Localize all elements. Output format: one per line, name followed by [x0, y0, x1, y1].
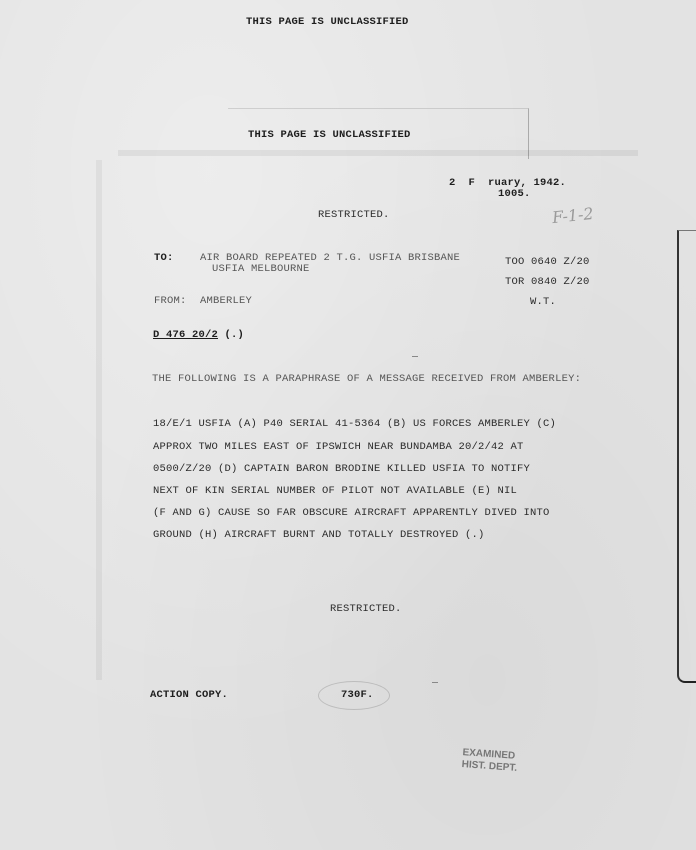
- paper-edge: [96, 160, 102, 680]
- restricted-footer: RESTRICTED.: [330, 604, 402, 615]
- message-body-line: (F AND G) CAUSE SO FAR OBSCURE AIRCRAFT …: [153, 508, 550, 519]
- stray-mark: [432, 682, 438, 683]
- copy-number: 730F.: [341, 690, 374, 701]
- from-label: FROM:: [154, 296, 187, 307]
- to-recipients-line2: USFIA MELBOURNE: [212, 264, 310, 275]
- classification-banner-top: THIS PAGE IS UNCLASSIFIED: [246, 17, 409, 28]
- restricted-header: RESTRICTED.: [318, 210, 390, 221]
- from-value: AMBERLEY: [200, 296, 252, 307]
- message-body-line: APPROX TWO MILES EAST OF IPSWICH NEAR BU…: [153, 442, 524, 453]
- reference-suffix: (.): [218, 329, 244, 341]
- message-time: 1005.: [498, 189, 531, 200]
- examined-stamp: EXAMINED HIST. DEPT.: [461, 747, 518, 775]
- message-body-line: GROUND (H) AIRCRAFT BURNT AND TOTALLY DE…: [153, 530, 485, 541]
- message-intro: THE FOLLOWING IS A PARAPHRASE OF A MESSA…: [152, 374, 581, 385]
- message-reference: D 476 20/2 (.): [153, 330, 244, 341]
- message-date: 2 F ruary, 1942.: [449, 178, 566, 189]
- message-body-line: 18/E/1 USFIA (A) P40 SERIAL 41-5364 (B) …: [153, 419, 556, 430]
- message-body-line: 0500/Z/20 (D) CAPTAIN BARON BRODINE KILL…: [153, 464, 530, 475]
- action-copy-label: ACTION COPY.: [150, 690, 228, 701]
- stray-mark: [412, 356, 418, 357]
- folder-tab-edge: [677, 230, 696, 683]
- message-body-line: NEXT OF KIN SERIAL NUMBER OF PILOT NOT A…: [153, 486, 517, 497]
- time-of-receipt: TOR 0840 Z/20: [505, 277, 590, 288]
- to-recipients-line1: AIR BOARD REPEATED 2 T.G. USFIA BRISBANE: [200, 253, 460, 264]
- time-of-origin: TOO 0640 Z/20: [505, 257, 590, 268]
- to-label: TO:: [154, 253, 174, 264]
- transmission-method: W.T.: [530, 297, 556, 308]
- reference-number: D 476 20/2: [153, 329, 218, 341]
- classification-banner-second: THIS PAGE IS UNCLASSIFIED: [248, 130, 411, 141]
